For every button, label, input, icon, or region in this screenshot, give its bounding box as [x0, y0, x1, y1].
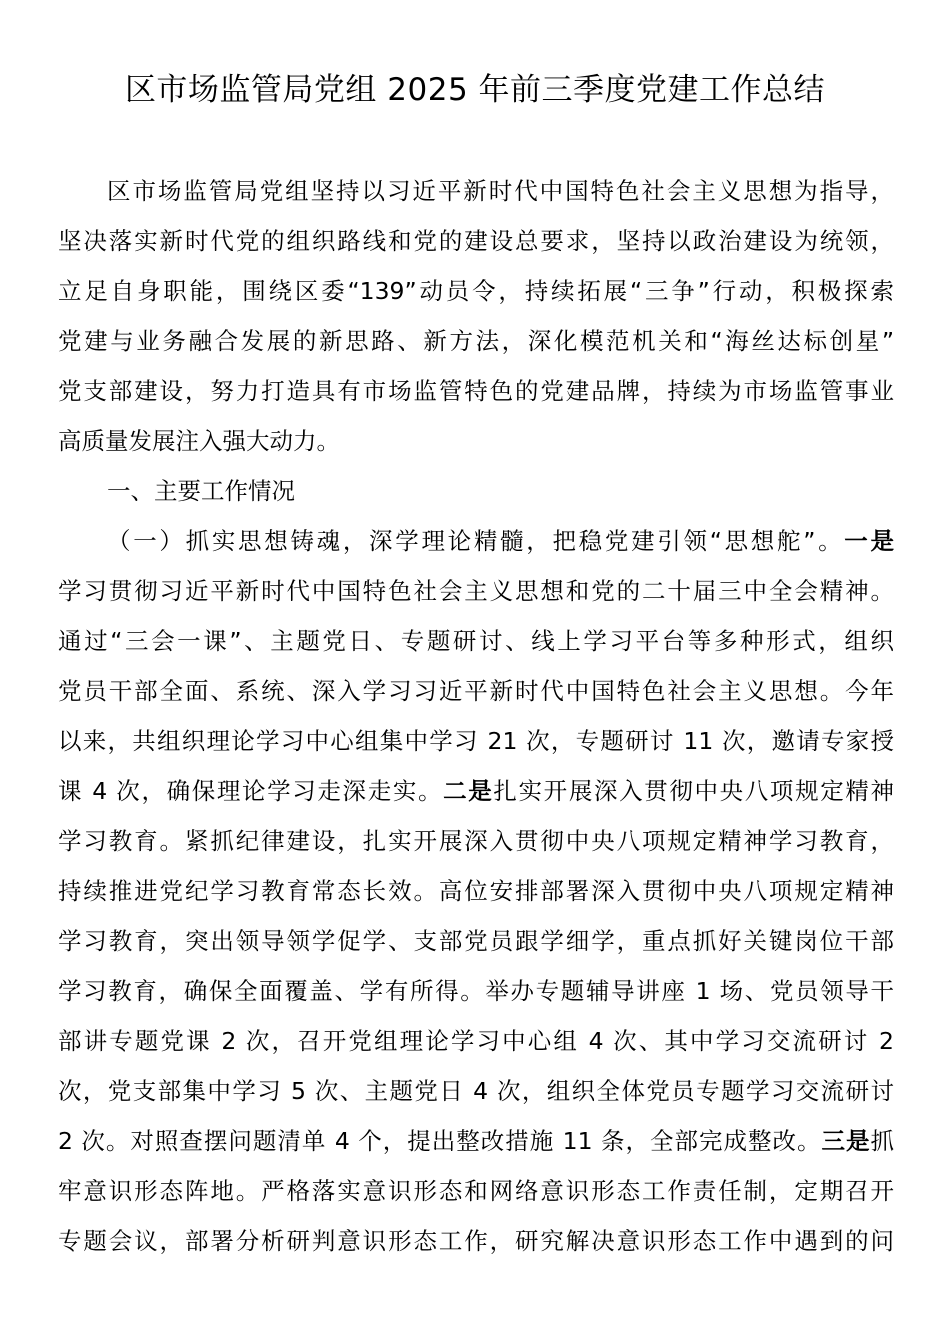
text-segment: 课 4 次，确保理论学习走深走实。	[58, 777, 443, 805]
paragraph-line: 学习教育，确保全面覆盖、学有所得。举办专题辅导讲座 1 场、党员领导干	[58, 966, 894, 1016]
section-heading: 一、主要工作情况	[58, 466, 894, 516]
paragraph-line: 2 次。对照查摆问题清单 4 个，提出整改措施 11 条，全部完成整改。三是抓	[58, 1116, 894, 1166]
paragraph-line: 党支部建设，努力打造具有市场监管特色的党建品牌，持续为市场监管事业	[58, 366, 894, 416]
document-title: 区市场监管局党组 2025 年前三季度党建工作总结	[0, 68, 950, 112]
paragraph-line: 以来，共组织理论学习中心组集中学习 21 次，专题研讨 11 次，邀请专家授	[58, 716, 894, 766]
text-segment: 党支部建设，努力打造具有市场监管特色的党建品牌，持续为市场监管事业	[58, 377, 894, 405]
bold-lead-text: 二是	[443, 777, 493, 805]
paragraph-line: 通过“三会一课”、主题党日、专题研讨、线上学习平台等多种形式，组织	[58, 616, 894, 666]
paragraph-line: 学习教育，突出领导领学促学、支部党员跟学细学，重点抓好关键岗位干部	[58, 916, 894, 966]
text-segment: 立足自身职能，围绕区委“139”动员令，持续拓展“三争”行动，积极探索	[58, 277, 894, 305]
paragraph-line: 高质量发展注入强大动力。	[58, 416, 894, 466]
text-segment: 学习教育，突出领导领学促学、支部党员跟学细学，重点抓好关键岗位干部	[58, 927, 894, 955]
paragraph-line: 学习教育。紧抓纪律建设，扎实开展深入贯彻中央八项规定精神学习教育，	[58, 816, 894, 866]
paragraph-line: 学习贯彻习近平新时代中国特色社会主义思想和党的二十届三中全会精神。	[58, 566, 894, 616]
text-segment: 抓	[871, 1127, 895, 1155]
text-segment: 学习教育，确保全面覆盖、学有所得。举办专题辅导讲座 1 场、党员领导干	[58, 977, 894, 1005]
bold-lead-text: 一是	[844, 527, 894, 555]
paragraph-line: 立足自身职能，围绕区委“139”动员令，持续拓展“三争”行动，积极探索	[58, 266, 894, 316]
text-segment: 坚决落实新时代党的组织路线和党的建设总要求，坚持以政治建设为统领，	[58, 227, 894, 255]
text-segment: 2 次。对照查摆问题清单 4 个，提出整改措施 11 条，全部完成整改。	[58, 1127, 822, 1155]
text-segment: 专题会议，部署分析研判意识形态工作，研究解决意识形态工作中遇到的问	[58, 1227, 894, 1255]
paragraph-line: 持续推进党纪学习教育常态长效。高位安排部署深入贯彻中央八项规定精神	[58, 866, 894, 916]
text-segment: 高质量发展注入强大动力。	[58, 427, 340, 455]
paragraph-line: 坚决落实新时代党的组织路线和党的建设总要求，坚持以政治建设为统领，	[58, 216, 894, 266]
paragraph-line: 牢意识形态阵地。严格落实意识形态和网络意识形态工作责任制，定期召开	[58, 1166, 894, 1216]
paragraph-line: 区市场监管局党组坚持以习近平新时代中国特色社会主义思想为指导，	[58, 166, 894, 216]
paragraph-line: （一）抓实思想铸魂，深学理论精髓，把稳党建引领“思想舵”。一是	[58, 516, 894, 566]
text-segment: 以来，共组织理论学习中心组集中学习 21 次，专题研讨 11 次，邀请专家授	[58, 727, 894, 755]
text-segment: 牢意识形态阵地。严格落实意识形态和网络意识形态工作责任制，定期召开	[58, 1177, 894, 1205]
text-segment: 学习贯彻习近平新时代中国特色社会主义思想和党的二十届三中全会精神。	[58, 577, 894, 605]
document-page: 区市场监管局党组 2025 年前三季度党建工作总结 区市场监管局党组坚持以习近平…	[0, 0, 950, 1344]
text-segment: 区市场监管局党组坚持以习近平新时代中国特色社会主义思想为指导，	[107, 177, 894, 205]
paragraph-line: 党建与业务融合发展的新思路、新方法，深化模范机关和“海丝达标创星”	[58, 316, 894, 366]
paragraph-line: 课 4 次，确保理论学习走深走实。二是扎实开展深入贯彻中央八项规定精神	[58, 766, 894, 816]
paragraph-line: 党员干部全面、系统、深入学习习近平新时代中国特色社会主义思想。今年	[58, 666, 894, 716]
text-segment: 学习教育。紧抓纪律建设，扎实开展深入贯彻中央八项规定精神学习教育，	[58, 827, 894, 855]
text-segment: 扎实开展深入贯彻中央八项规定精神	[493, 777, 894, 805]
paragraph-line: 次，党支部集中学习 5 次、主题党日 4 次，组织全体党员专题学习交流研讨	[58, 1066, 894, 1116]
text-segment: （一）抓实思想铸魂，深学理论精髓，把稳党建引领“思想舵”。	[107, 527, 844, 555]
document-body: 区市场监管局党组坚持以习近平新时代中国特色社会主义思想为指导，坚决落实新时代党的…	[58, 166, 894, 1266]
text-segment: 党员干部全面、系统、深入学习习近平新时代中国特色社会主义思想。今年	[58, 677, 894, 705]
text-segment: 持续推进党纪学习教育常态长效。高位安排部署深入贯彻中央八项规定精神	[58, 877, 894, 905]
text-segment: 党建与业务融合发展的新思路、新方法，深化模范机关和“海丝达标创星”	[58, 327, 894, 355]
text-segment: 一、主要工作情况	[107, 477, 295, 505]
text-segment: 部讲专题党课 2 次，召开党组理论学习中心组 4 次、其中学习交流研讨 2	[58, 1027, 894, 1055]
bold-lead-text: 三是	[822, 1127, 871, 1155]
text-segment: 次，党支部集中学习 5 次、主题党日 4 次，组织全体党员专题学习交流研讨	[58, 1077, 894, 1105]
paragraph-line: 专题会议，部署分析研判意识形态工作，研究解决意识形态工作中遇到的问	[58, 1216, 894, 1266]
paragraph-line: 部讲专题党课 2 次，召开党组理论学习中心组 4 次、其中学习交流研讨 2	[58, 1016, 894, 1066]
text-segment: 通过“三会一课”、主题党日、专题研讨、线上学习平台等多种形式，组织	[58, 627, 894, 655]
